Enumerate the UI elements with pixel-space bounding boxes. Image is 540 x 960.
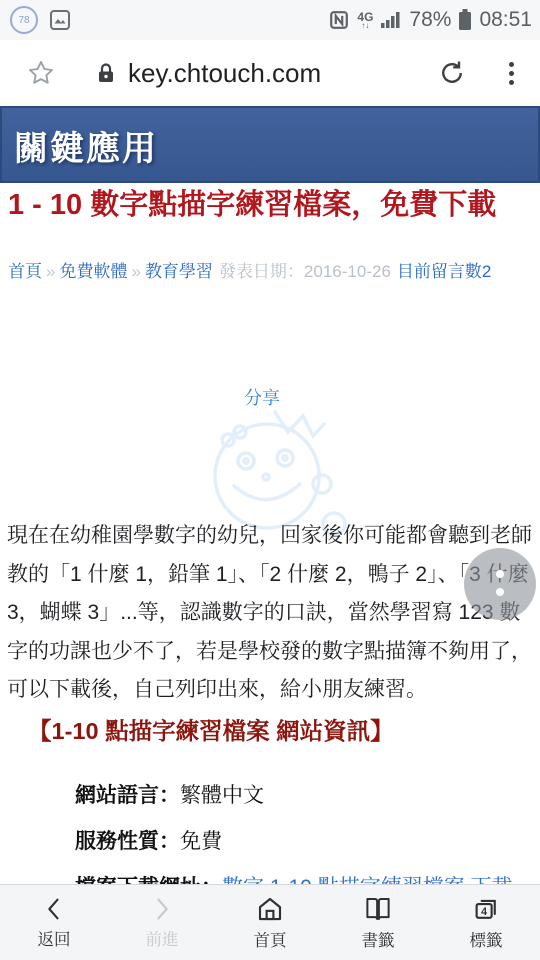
home-button[interactable]: 首頁 xyxy=(216,885,324,960)
breadcrumb: 首頁»免費軟體»教育學習發表日期：2016-10-26目前留言數2 xyxy=(0,257,540,282)
home-icon xyxy=(255,894,285,924)
service-label: 服務性質： xyxy=(75,830,180,853)
battery-percent-label: 78% xyxy=(409,8,451,32)
tab-count-badge: 4 xyxy=(481,906,487,918)
battery-icon xyxy=(458,9,472,31)
bookmarks-icon xyxy=(363,894,393,924)
article-paragraph: 現在在幼稚園學數字的幼兒，回家後你可能都會聽到老師教的「1 什麼 1，鉛筆 1」… xyxy=(0,517,540,710)
site-name: 關鍵應用 xyxy=(2,108,538,170)
floating-quick-menu-button[interactable] xyxy=(464,548,536,620)
publish-date-label: 發表日期：2016-10-26 xyxy=(219,262,391,281)
clock-label: 08:51 xyxy=(479,8,532,32)
back-label: 返回 xyxy=(38,926,71,950)
phone-screen: 78 4G ↑↓ xyxy=(0,0,540,960)
site-banner[interactable]: 關鍵應用 xyxy=(0,106,540,183)
forward-button[interactable]: 前進 xyxy=(108,885,216,960)
comment-count-link[interactable]: 目前留言數2 xyxy=(397,262,491,281)
back-button[interactable]: 返回 xyxy=(0,885,108,960)
gallery-icon xyxy=(48,8,72,32)
nfc-icon xyxy=(328,9,350,31)
secure-lock-icon[interactable] xyxy=(94,61,118,85)
browser-toolbar: 返回 前進 首頁 xyxy=(0,884,540,960)
detail-row-service: 服務性質：免費 xyxy=(0,825,540,855)
browser-address-bar: key.chtouch.com xyxy=(0,40,540,106)
url-text[interactable]: key.chtouch.com xyxy=(128,58,437,89)
home-label: 首頁 xyxy=(254,927,287,951)
status-right-icons: 4G ↑↓ 78% 08:51 xyxy=(328,8,532,32)
service-value: 免費 xyxy=(180,830,222,853)
bookmarks-label: 書籤 xyxy=(362,927,395,951)
breadcrumb-separator: » xyxy=(46,262,55,281)
bookmarks-button[interactable]: 書籤 xyxy=(324,885,432,960)
detail-row-language: 網站語言：繁體中文 xyxy=(0,779,540,809)
status-left-icons: 78 xyxy=(10,6,72,34)
breadcrumb-home-link[interactable]: 首頁 xyxy=(8,262,42,281)
network-arrows: ↑↓ xyxy=(361,22,369,30)
language-label: 網站語言： xyxy=(75,784,180,807)
refresh-button[interactable] xyxy=(437,58,467,88)
tabs-button[interactable]: 4 標籤 xyxy=(432,885,540,960)
section-heading: 【1-10 點描字練習檔案 網站資訊】 xyxy=(0,712,540,746)
tabs-icon: 4 xyxy=(471,894,501,924)
breadcrumb-freeware-link[interactable]: 免費軟體 xyxy=(59,262,127,281)
bookmark-star-icon[interactable] xyxy=(26,58,56,88)
article-title: 1 - 10 數字點描字練習檔案，免費下載 xyxy=(0,188,540,223)
language-value: 繁體中文 xyxy=(180,784,264,807)
forward-label: 前進 xyxy=(146,926,179,950)
status-bar: 78 4G ↑↓ xyxy=(0,0,540,40)
overflow-menu-button[interactable] xyxy=(509,62,514,85)
breadcrumb-separator: » xyxy=(131,262,140,281)
download-progress-icon: 78 xyxy=(10,6,38,34)
signal-strength-icon xyxy=(380,11,402,29)
tabs-label: 標籤 xyxy=(470,927,503,951)
breadcrumb-education-link[interactable]: 教育學習 xyxy=(145,262,213,281)
network-type-indicator: 4G ↑↓ xyxy=(357,11,373,30)
back-icon xyxy=(40,895,68,923)
forward-icon xyxy=(148,895,176,923)
